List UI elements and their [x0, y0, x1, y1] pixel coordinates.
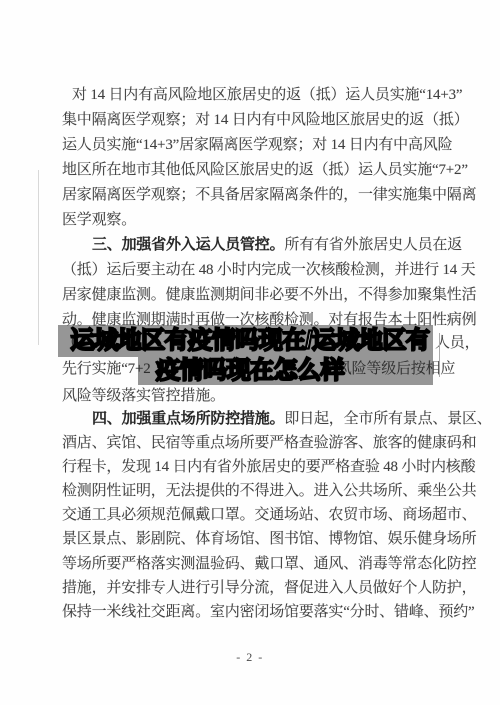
document-line: 措施，并安排专人进行引导分流，督促进入人员做好个人防护，	[62, 579, 476, 598]
document-line: 酒店、宾馆、民宿等重点场所要严格查验游客、旅客的健康码和	[62, 434, 476, 453]
document-line: 运人员实施“14+3”居家隔离医学观察；对 14 日内有中高风险	[62, 136, 452, 155]
document-line: 保持一米线社交距离。室内密闭场馆要落实“分时、错峰、预约”	[62, 603, 475, 622]
section-heading-3-body: 所有有省外旅居史人员在返	[284, 237, 462, 253]
document-line: 对 14 日内有高风险地区旅居史的返（抵）运人员实施“14+3”	[72, 86, 462, 105]
section-heading-4-label: 四、加强重点场所防控措施。	[92, 411, 284, 427]
scan-artifact-left-edge	[38, 170, 39, 345]
document-line: 检测阴性证明，无法提供的不得进入。进入公共场所、乘坐公共	[62, 482, 476, 501]
document-line: 居家健康监测。健康监测期间非必要不外出，不得参加聚集性活	[62, 286, 476, 305]
overlay-headline: 运城地区有疫情吗现在/运城地区有 疫情吗现在怎么样	[40, 326, 460, 386]
document-line: （抵）运后要主动在 48 小时内完成一次核酸检测，并进行 14 天	[62, 261, 475, 280]
document-line: 医学观察。	[62, 211, 136, 230]
document-page: 对 14 日内有高风险地区旅居史的返（抵）运人员实施“14+3” 集中隔离医学观…	[0, 0, 500, 705]
overlay-headline-line2: 疫情吗现在怎么样	[40, 356, 460, 386]
section-heading-4-body: 即日起，全市所有景点、景区、	[284, 411, 491, 427]
document-line: 交通工具必须规范佩戴口罩。交通场站、农贸市场、商场超市、	[62, 506, 476, 525]
section-heading-3-label: 三、加强省外入运人员管控。	[92, 237, 284, 253]
page-number: - 2 -	[0, 650, 500, 665]
document-line: 等场所要严格落实测温验码、戴口罩、通风、消毒等常态化防控	[62, 555, 476, 574]
document-line: 风险等级落实管控措施。	[62, 387, 225, 406]
document-line: 集中隔离医学观察；对 14 日内有中风险地区旅居史的返（抵）	[62, 111, 469, 130]
document-line: 地区所在地市其他低风险区旅居史的返（抵）运人员实施“7+2”	[62, 161, 468, 180]
section-heading-3: 三、加强省外入运人员管控。所有有省外旅居史人员在返	[92, 236, 462, 255]
section-heading-4: 四、加强重点场所防控措施。即日起，全市所有景点、景区、	[92, 410, 492, 429]
document-line: 居家隔离医学观察；不具备居家隔离条件的，一律实施集中隔离	[62, 186, 476, 205]
document-line: 行程卡，发现 14 日内有省外旅居史的要严格查验 48 小时内核酸	[62, 458, 475, 477]
overlay-headline-line1: 运城地区有疫情吗现在/运城地区有	[40, 326, 460, 356]
document-line: 景区景点、影剧院、体育场馆、图书馆、博物馆、娱乐健身场所	[62, 530, 476, 549]
